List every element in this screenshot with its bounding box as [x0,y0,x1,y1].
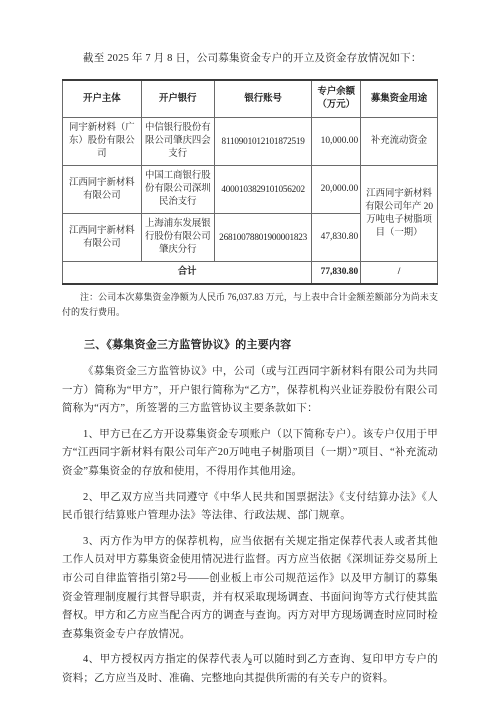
table-row: 同宇新材料（广东）股份有限公司 中信银行股份有限公司肇庆四会支行 8110901… [63,118,438,166]
clause-3-paragraph: 3、丙方作为甲方的保荐机构，应当依据有关规定指定保荐代表人或者其他工作人员对甲方… [62,533,438,645]
cell-bank: 上海浦东发展银行股份有限公司肇庆分行 [141,214,214,262]
header-balance: 专户余额 （万元） [312,80,361,118]
cell-entity: 同宇新材料（广东）股份有限公司 [63,118,142,166]
cell-bank: 中国工商银行股份有限公司深圳民治支行 [141,166,214,214]
table-row: 江西同宇新材料有限公司 中国工商银行股份有限公司深圳民治支行 400010382… [63,166,438,214]
header-account-holder: 开户主体 [63,80,142,118]
cell-account: 4000103829101056202 [214,166,312,214]
section-heading: 三、《募集资金三方监管协议》的主要内容 [62,336,438,352]
cell-entity: 江西同宇新材料有限公司 [63,214,142,262]
header-purpose: 募集资金用途 [361,80,438,118]
agreement-intro-paragraph: 《募集资金三方监管协议》中，公司（或与江西同宇新材料有限公司为共同一方）简称为“… [62,363,438,419]
fund-accounts-table: 开户主体 开户银行 银行账号 专户余额 （万元） 募集资金用途 同宇新材料（广东… [62,79,438,285]
cell-balance: 20,000.00 [312,166,361,214]
cell-entity: 江西同宇新材料有限公司 [63,166,142,214]
total-purpose: / [361,262,438,285]
cell-account: 26810078801900001823 [214,214,312,262]
clause-1-paragraph: 1、甲方已在乙方开设募集资金专项账户（以下简称专户）。该专户仅用于甲方“江西同宇… [62,426,438,482]
header-bank: 开户银行 [141,80,214,118]
cell-bank: 中信银行股份有限公司肇庆四会支行 [141,118,214,166]
cell-purpose: 补充流动资金 [361,118,438,166]
cell-account: 8110901012101872519 [214,118,312,166]
cell-balance: 10,000.00 [312,118,361,166]
header-account-number: 银行账号 [214,80,312,118]
clause-2-paragraph: 2、甲乙双方应当共同遵守《中华人民共和国票据法》《支付结算办法》《人民币银行结算… [62,489,438,526]
cell-purpose-merged: 江西同宇新材料有限公司年产 20 万吨电子树脂项目（一期） [361,166,438,262]
page-number: 2 [0,657,500,667]
table-total-row: 合计 77,830.80 / [63,262,438,285]
table-header-row: 开户主体 开户银行 银行账号 专户余额 （万元） 募集资金用途 [63,80,438,118]
table-note: 注：公司本次募集资金净额为人民币 76,037.83 万元，与上表中合计金额差额… [62,290,438,319]
cell-balance: 47,830.80 [312,214,361,262]
document-page: 截至 2025 年 7 月 8 日，公司募集资金专户的开立及资金存放情况如下： … [0,0,500,707]
total-balance: 77,830.80 [312,262,361,285]
total-label: 合计 [63,262,312,285]
intro-paragraph: 截至 2025 年 7 月 8 日，公司募集资金专户的开立及资金存放情况如下： [62,50,438,68]
